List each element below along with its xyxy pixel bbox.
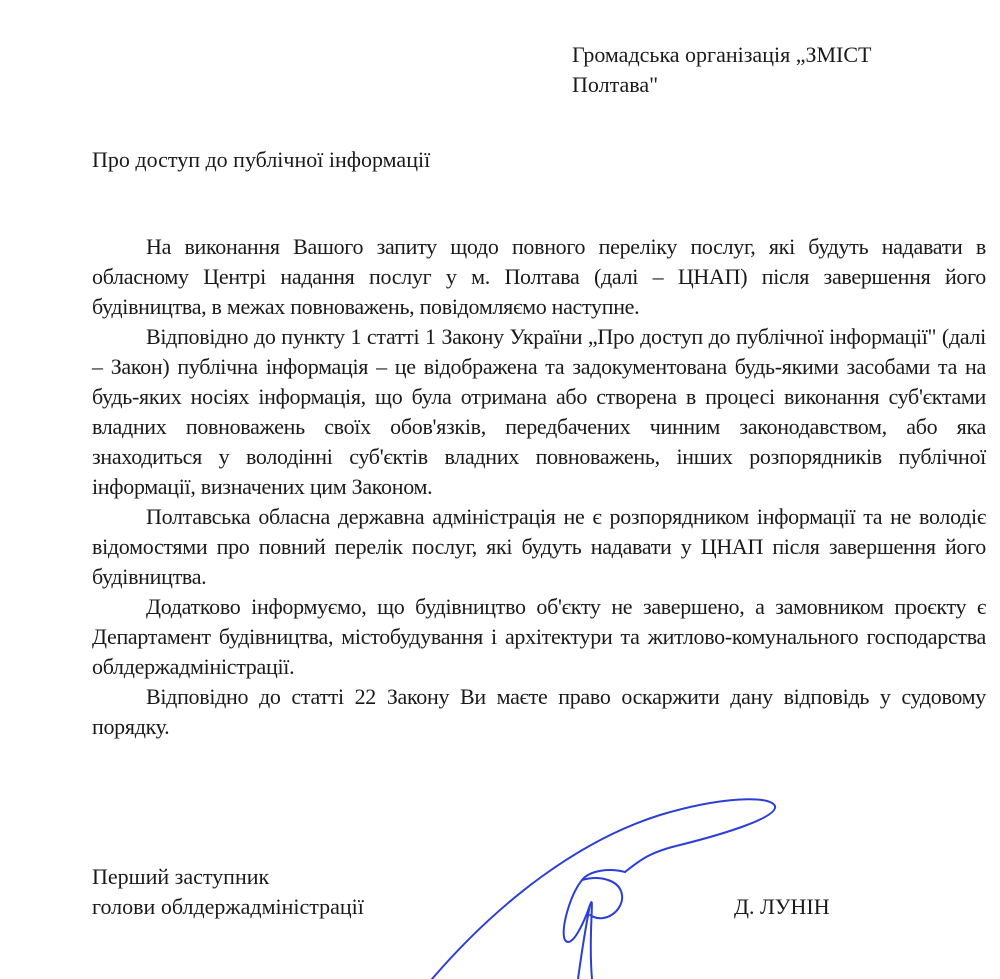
addressee-block: Громадська організація „ЗМІСТ Полтава" xyxy=(572,40,972,100)
signer-position: Перший заступник голови облдержадміністр… xyxy=(92,862,364,922)
signer-name: Д. ЛУНІН xyxy=(734,892,830,922)
addressee-line-1: Громадська організація „ЗМІСТ xyxy=(572,40,972,70)
paragraph-law-definition: Відповідно до пункту 1 статті 1 Закону У… xyxy=(92,322,986,502)
paragraph-additional-info: Додатково інформуємо, що будівництво об'… xyxy=(92,592,986,682)
addressee-line-2: Полтава" xyxy=(572,70,972,100)
paragraph-request: На виконання Вашого запиту щодо повного … xyxy=(92,232,986,322)
signer-position-line-1: Перший заступник xyxy=(92,862,364,892)
paragraph-not-custodian: Полтавська обласна державна адміністраці… xyxy=(92,502,986,592)
paragraph-appeal-right: Відповідно до статті 22 Закону Ви маєте … xyxy=(92,682,986,742)
signer-position-line-2: голови облдержадміністрації xyxy=(92,892,364,922)
letter-body: На виконання Вашого запиту щодо повного … xyxy=(92,232,986,742)
letter-subject: Про доступ до публічної інформації xyxy=(92,145,430,175)
